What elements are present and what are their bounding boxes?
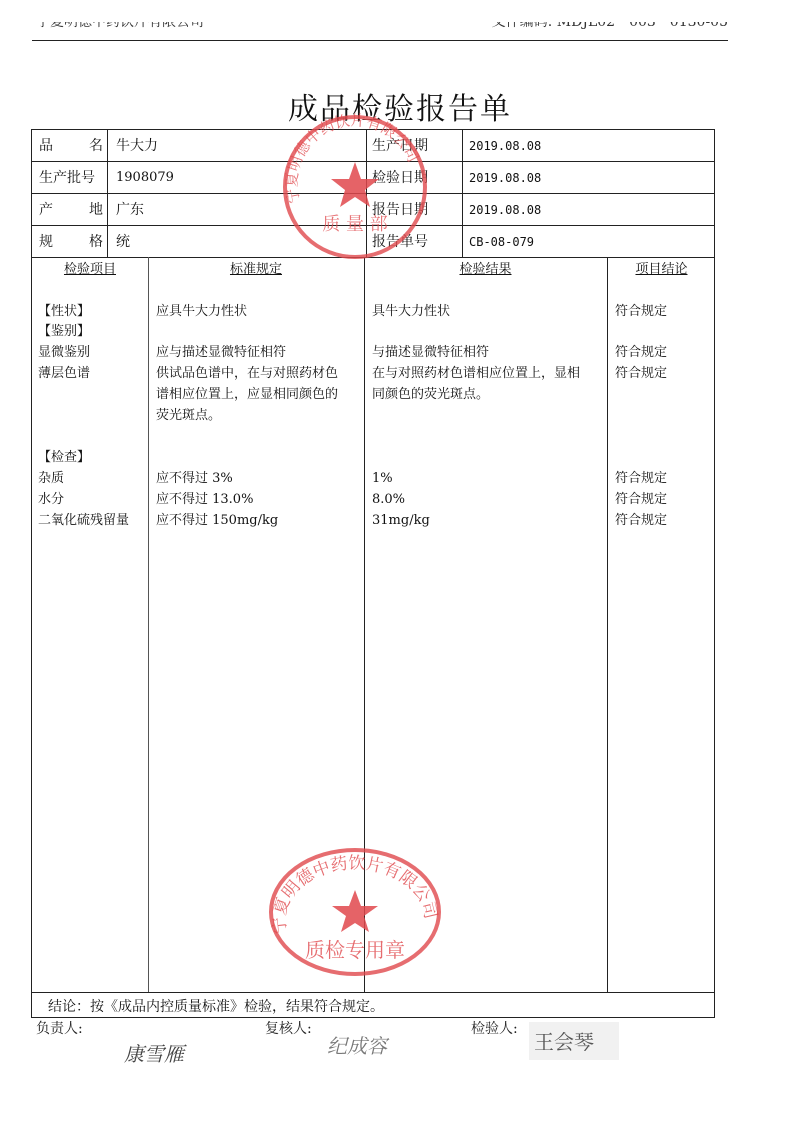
company-name: 宁夏明德中药饮片有限公司	[36, 22, 236, 29]
row-item: 薄层色谱	[38, 363, 90, 384]
row-item: 水分	[38, 489, 64, 510]
row-result: 31mg/kg	[372, 510, 430, 531]
row-item: 显微鉴别	[38, 342, 90, 363]
row-standard: 应不得过 13.0%	[156, 489, 253, 510]
row-item: 二氧化硫残留量	[38, 510, 129, 531]
row-standard: 供试品色谱中，在与对照药材色 谱相应位置上，应显相同颜色的 荧光斑点。	[156, 363, 338, 426]
production-date-value: 2019.08.08	[469, 130, 541, 162]
row-result: 与描述显微特征相符	[372, 342, 489, 363]
row-standard: 应不得过 150mg/kg	[156, 510, 278, 531]
divider	[148, 257, 149, 992]
doc-code: 文件编码: MDJL02・003・0130-05	[488, 22, 728, 29]
row-item: 【鉴别】	[38, 321, 90, 342]
row-standard: 应与描述显微特征相符	[156, 342, 286, 363]
final-conclusion: 结论：按《成品内控质量标准》检验，结果符合规定。	[48, 996, 384, 1016]
report-date-label: 报告日期	[372, 194, 428, 226]
row-standard: 应具牛大力性状	[156, 301, 247, 322]
production-date-label: 生产日期	[372, 130, 428, 162]
report-table: 品名 生产批号 产地 规格 牛大力 1908079 广东 统 生产日期 检验日期…	[31, 129, 715, 1018]
header-rule	[32, 40, 728, 41]
product-name-label: 品名	[39, 130, 103, 162]
report-no-value: CB-08-079	[469, 226, 534, 258]
inspection-date-label: 检验日期	[372, 162, 428, 194]
company-header: 宁夏明德中药饮片有限公司	[36, 22, 236, 36]
row-result: 1%	[372, 468, 393, 489]
row-item: 【性状】	[38, 301, 90, 322]
inspector-label: 检验人:	[471, 1018, 518, 1038]
row-result: 8.0%	[372, 489, 405, 510]
responsible-label: 负责人:	[36, 1018, 83, 1038]
origin-value: 广东	[116, 194, 144, 226]
row-conclusion: 符合规定	[615, 301, 667, 322]
row-conclusion: 符合规定	[615, 468, 667, 489]
spec-label: 规格	[39, 226, 103, 258]
column-header-standard: 标准规定	[148, 258, 364, 277]
page-title: 成品检验报告单	[0, 84, 800, 128]
column-header-item: 检验项目	[32, 258, 148, 277]
row-result: 在与对照药材色谱相应位置上，显相 同颜色的荧光斑点。	[372, 363, 580, 405]
row-conclusion: 符合规定	[615, 342, 667, 363]
report-date-value: 2019.08.08	[469, 194, 541, 226]
row-item: 杂质	[38, 468, 64, 489]
batch-value: 1908079	[116, 162, 174, 194]
reviewer-label: 复核人:	[265, 1018, 312, 1038]
column-header-result: 检验结果	[364, 258, 607, 277]
row-standard: 应不得过 3%	[156, 468, 233, 489]
product-name-value: 牛大力	[116, 130, 158, 162]
row-item: 【检查】	[38, 447, 90, 468]
inspector-signature: 王会琴	[534, 1026, 594, 1055]
responsible-signature: 康雪雁	[124, 1038, 184, 1067]
batch-label: 生产批号	[39, 162, 95, 194]
divider	[364, 257, 365, 992]
row-conclusion: 符合规定	[615, 363, 667, 384]
spec-value: 统	[116, 226, 130, 258]
inspection-date-value: 2019.08.08	[469, 162, 541, 194]
row-conclusion: 符合规定	[615, 489, 667, 510]
divider	[107, 130, 108, 257]
origin-label: 产地	[39, 194, 103, 226]
report-no-label: 报告单号	[372, 226, 428, 258]
divider	[607, 257, 608, 992]
divider	[32, 992, 714, 993]
reviewer-signature: 纪成容	[327, 1030, 387, 1059]
row-result: 具牛大力性状	[372, 301, 450, 322]
column-header-conclusion: 项目结论	[607, 258, 716, 277]
doc-code-header: 文件编码: MDJL02・003・0130-05	[488, 22, 728, 36]
divider	[366, 130, 367, 257]
row-conclusion: 符合规定	[615, 510, 667, 531]
divider	[462, 130, 463, 257]
